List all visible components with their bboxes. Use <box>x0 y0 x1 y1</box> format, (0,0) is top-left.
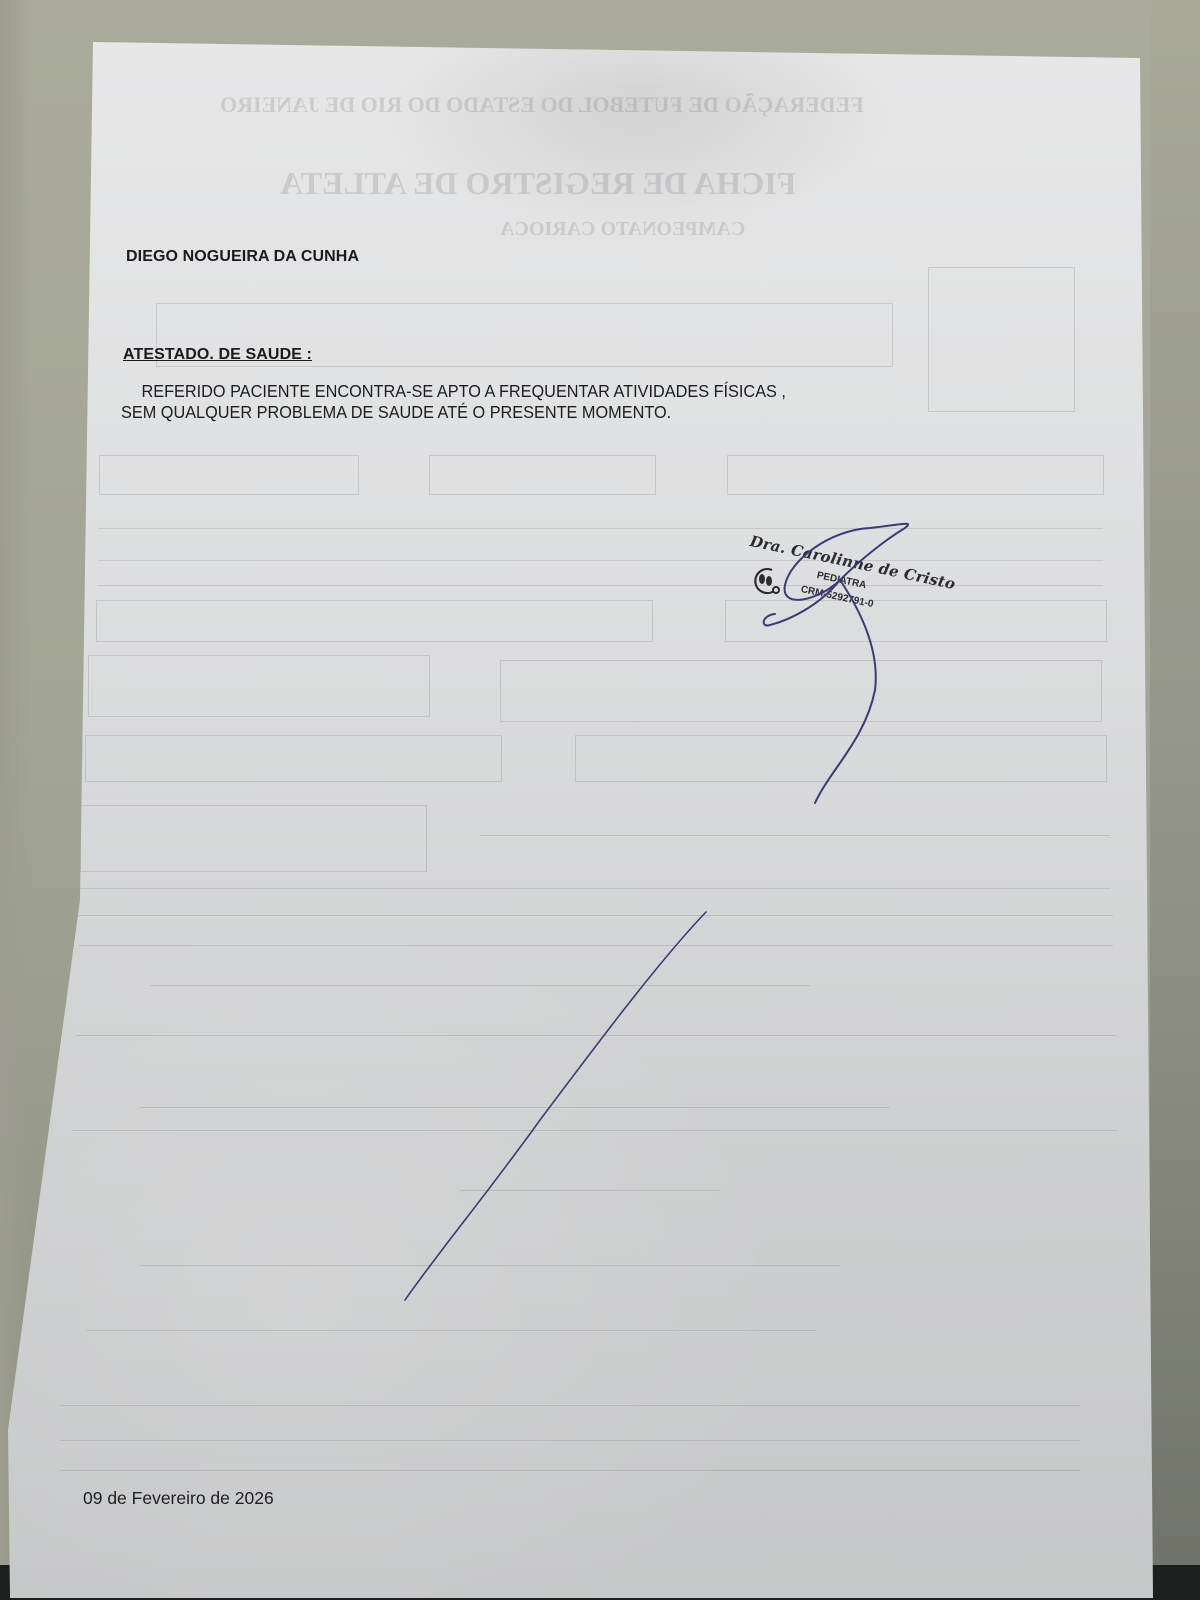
certificate-date: 09 de Fevereiro de 2026 <box>83 1488 274 1509</box>
show-through-line <box>78 945 1113 946</box>
show-through-line <box>140 1265 840 1266</box>
show-through-subtitle: CAMPEONATO CARIOCA <box>500 218 745 241</box>
doctor-stamp: Dra. Carolinne de Cristo PEDIATRA CRM-52… <box>752 532 952 632</box>
show-through-header: FEDERAÇÃO DE FUTEBOL DO ESTADO DO RIO DE… <box>220 92 864 118</box>
show-through-line <box>76 1035 1116 1036</box>
show-through-photo-box <box>928 267 1075 412</box>
certificate-body-line-2: SEM QUALQUER PROBLEMA DE SAUDE ATÉ O PRE… <box>121 402 786 423</box>
show-through-line <box>80 888 1110 889</box>
show-through-box-1 <box>99 455 359 495</box>
show-through-box-7 <box>500 660 1102 722</box>
certificate-body: REFERIDO PACIENTE ENCONTRA-SE APTO A FRE… <box>121 381 786 423</box>
patient-name: DIEGO NOGUEIRA DA CUNHA <box>126 248 359 266</box>
certificate-body-line-1: REFERIDO PACIENTE ENCONTRA-SE APTO A FRE… <box>121 381 786 402</box>
show-through-line <box>460 1190 720 1191</box>
show-through-box-6 <box>88 655 430 717</box>
show-through-box-10 <box>80 805 427 872</box>
show-through-line <box>78 915 1113 916</box>
show-through-box-8 <box>85 735 502 782</box>
baby-feet-stethoscope-icon <box>750 564 782 596</box>
show-through-line <box>86 1330 816 1331</box>
show-through-line <box>60 1470 1080 1471</box>
show-through-line <box>98 560 1103 561</box>
show-through-line <box>150 985 810 986</box>
show-through-line <box>98 528 1103 529</box>
show-through-line <box>480 835 1110 836</box>
show-through-title: FICHA DE REGISTRO DE ATLETA <box>280 165 796 202</box>
show-through-box-4 <box>96 600 653 642</box>
show-through-line <box>72 1130 1117 1131</box>
document-paper: FEDERAÇÃO DE FUTEBOL DO ESTADO DO RIO DE… <box>0 0 1200 1600</box>
show-through-line <box>60 1440 1080 1441</box>
show-through-box-3 <box>727 455 1104 495</box>
table-surface-right <box>1150 0 1200 1600</box>
certificate-heading: ATESTADO. DE SAUDE : <box>123 346 312 364</box>
show-through-box-2 <box>429 455 656 495</box>
show-through-line <box>140 1107 890 1108</box>
show-through-box-9 <box>575 735 1107 782</box>
show-through-line <box>60 1405 1080 1406</box>
